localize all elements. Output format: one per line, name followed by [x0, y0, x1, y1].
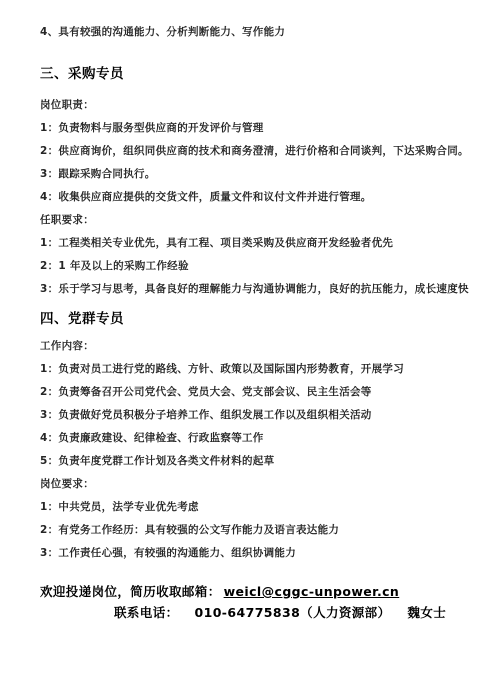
list-item: 3：负责做好党员积极分子培养工作、组织发展工作以及组织相关活动 [40, 409, 470, 421]
document-page: 4、具有较强的沟通能力、分析判断能力、写作能力 三、采购专员 岗位职责： 1：负… [0, 0, 498, 680]
list-item: 1：负责物料与服务型供应商的开发评价与管理 [40, 122, 470, 134]
list-item: 3：乐于学习与思考，具备良好的理解能力与沟通协调能力，良好的抗压能力，成长速度快 [40, 283, 470, 295]
list-item: 4：负责廉政建设、纪律检查、行政监察等工作 [40, 432, 470, 444]
list-item: 4：收集供应商应提供的交货文件，质量文件和议付文件并进行管理。 [40, 191, 470, 203]
contact-person: 魏女士 [407, 605, 446, 620]
section-heading-procurement: 三、采购专员 [40, 67, 470, 82]
phone-info-line: 联系电话：010-64775838（人力资源部）魏女士 [40, 606, 470, 620]
list-item: 2：1 年及以上的采购工作经验 [40, 260, 470, 272]
list-item: 1：负责对员工进行党的路线、方针、政策以及国际国内形势教育，开展学习 [40, 363, 470, 375]
block-label-duties: 岗位职责： [40, 99, 470, 111]
section-heading-party-affairs: 四、党群专员 [40, 312, 470, 327]
list-item: 3：跟踪采购合同执行。 [40, 168, 470, 180]
email-link[interactable]: weicl@cggc-unpower.cn [224, 584, 400, 599]
list-item: 3：工作责任心强，有较强的沟通能力、组织协调能力 [40, 547, 470, 559]
apply-info-line: 欢迎投递岗位，简历收取邮箱：weicl@cggc-unpower.cn [40, 585, 470, 599]
list-item: 2：供应商询价，组织同供应商的技术和商务澄清，进行价格和合同谈判，下达采购合同。 [40, 145, 470, 157]
block-label-work-content: 工作内容： [40, 340, 470, 352]
list-item: 2：有党务工作经历：具有较强的公文写作能力及语言表达能力 [40, 524, 470, 536]
list-item: 2：负责筹备召开公司党代会、党员大会、党支部会议、民主生活会等 [40, 386, 470, 398]
list-item: 4、具有较强的沟通能力、分析判断能力、写作能力 [40, 26, 470, 38]
phone-label: 联系电话： [114, 605, 179, 620]
apply-prefix-text: 欢迎投递岗位，简历收取邮箱： [40, 584, 221, 599]
block-label-requirements: 任职要求： [40, 214, 470, 226]
block-label-position-requirements: 岗位要求： [40, 478, 470, 490]
document-content: 4、具有较强的沟通能力、分析判断能力、写作能力 三、采购专员 岗位职责： 1：负… [0, 0, 498, 620]
phone-number: 010-64775838（人力资源部） [195, 605, 391, 620]
list-item: 1：中共党员，法学专业优先考虑 [40, 501, 470, 513]
list-item: 5：负责年度党群工作计划及各类文件材料的起草 [40, 455, 470, 467]
list-item: 1：工程类相关专业优先，具有工程、项目类采购及供应商开发经验者优先 [40, 237, 470, 249]
